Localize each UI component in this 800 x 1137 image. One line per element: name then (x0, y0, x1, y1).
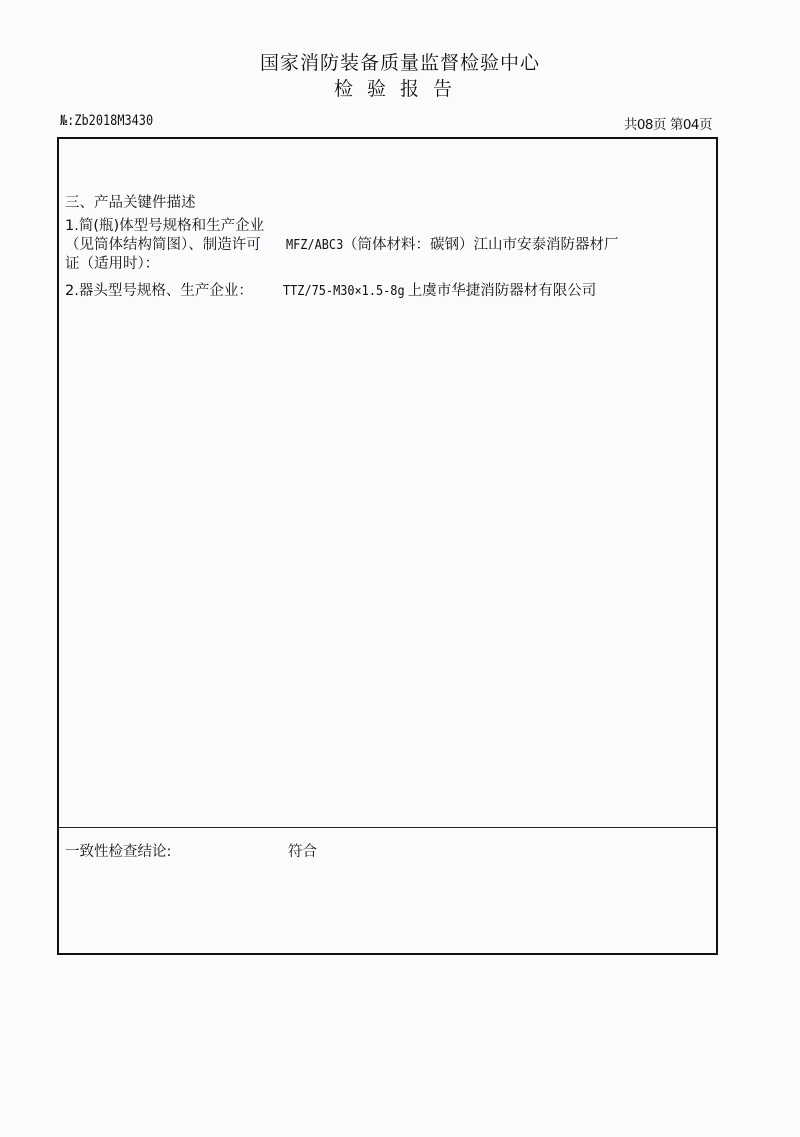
item-2-value: TTZ/75-M30×1.5-8g 上虞市华捷消防器材有限公司 (283, 279, 596, 300)
item-1-label-line-1: 1.简(瓶)体型号规格和生产企业 (65, 214, 264, 235)
item-2-manufacturer: 上虞市华捷消防器材有限公司 (403, 283, 596, 299)
divider (59, 827, 716, 828)
org-title: 国家消防装备质量监督检验中心 (0, 48, 800, 75)
item-2-model: TTZ/75-M30×1.5-8g (283, 283, 405, 299)
item-2-label: 2.器头型号规格、生产企业： (65, 279, 253, 300)
report-box: 三、产品关键件描述 1.简(瓶)体型号规格和生产企业 （见筒体结构简图）、制造许… (57, 137, 718, 955)
page-info: 共08页 第04页 (624, 113, 712, 133)
section-heading: 三、产品关键件描述 (65, 191, 196, 212)
item-1-manufacturer: （筒体材料：碳钢）江山市安泰消防器材厂 (343, 237, 619, 253)
doc-title: 检验报告 (0, 74, 800, 101)
conclusion-label: 一致性检查结论: (65, 840, 171, 861)
item-1-label-line-3: 证（适用时）： (65, 252, 159, 273)
report-number: №:Zb2018M3430 (60, 113, 153, 129)
item-1-value: MFZ/ABC3（筒体材料：碳钢）江山市安泰消防器材厂 (286, 233, 619, 254)
item-1-label-line-2: （见筒体结构简图）、制造许可 (65, 233, 261, 254)
conclusion-value: 符合 (288, 840, 317, 861)
item-1-model: MFZ/ABC3 (286, 237, 343, 253)
